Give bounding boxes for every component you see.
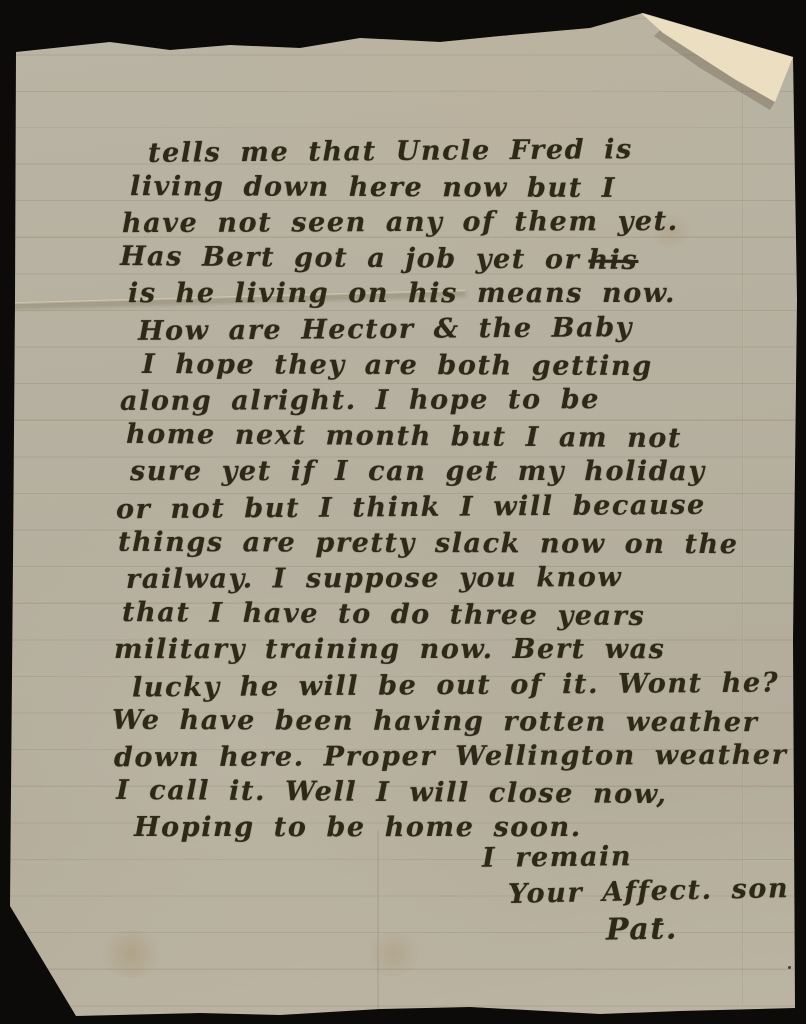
letter-page: tells me that Uncle Fred isliving down h… bbox=[0, 0, 806, 1024]
photo-background: tells me that Uncle Fred isliving down h… bbox=[0, 0, 806, 1024]
signature: Pat. bbox=[606, 911, 679, 947]
closing-line: I remain bbox=[482, 841, 633, 874]
letter-closing: I remain Your Affect. son Pat. bbox=[0, 0, 806, 1024]
closing-line: Your Affect. son bbox=[508, 873, 790, 910]
